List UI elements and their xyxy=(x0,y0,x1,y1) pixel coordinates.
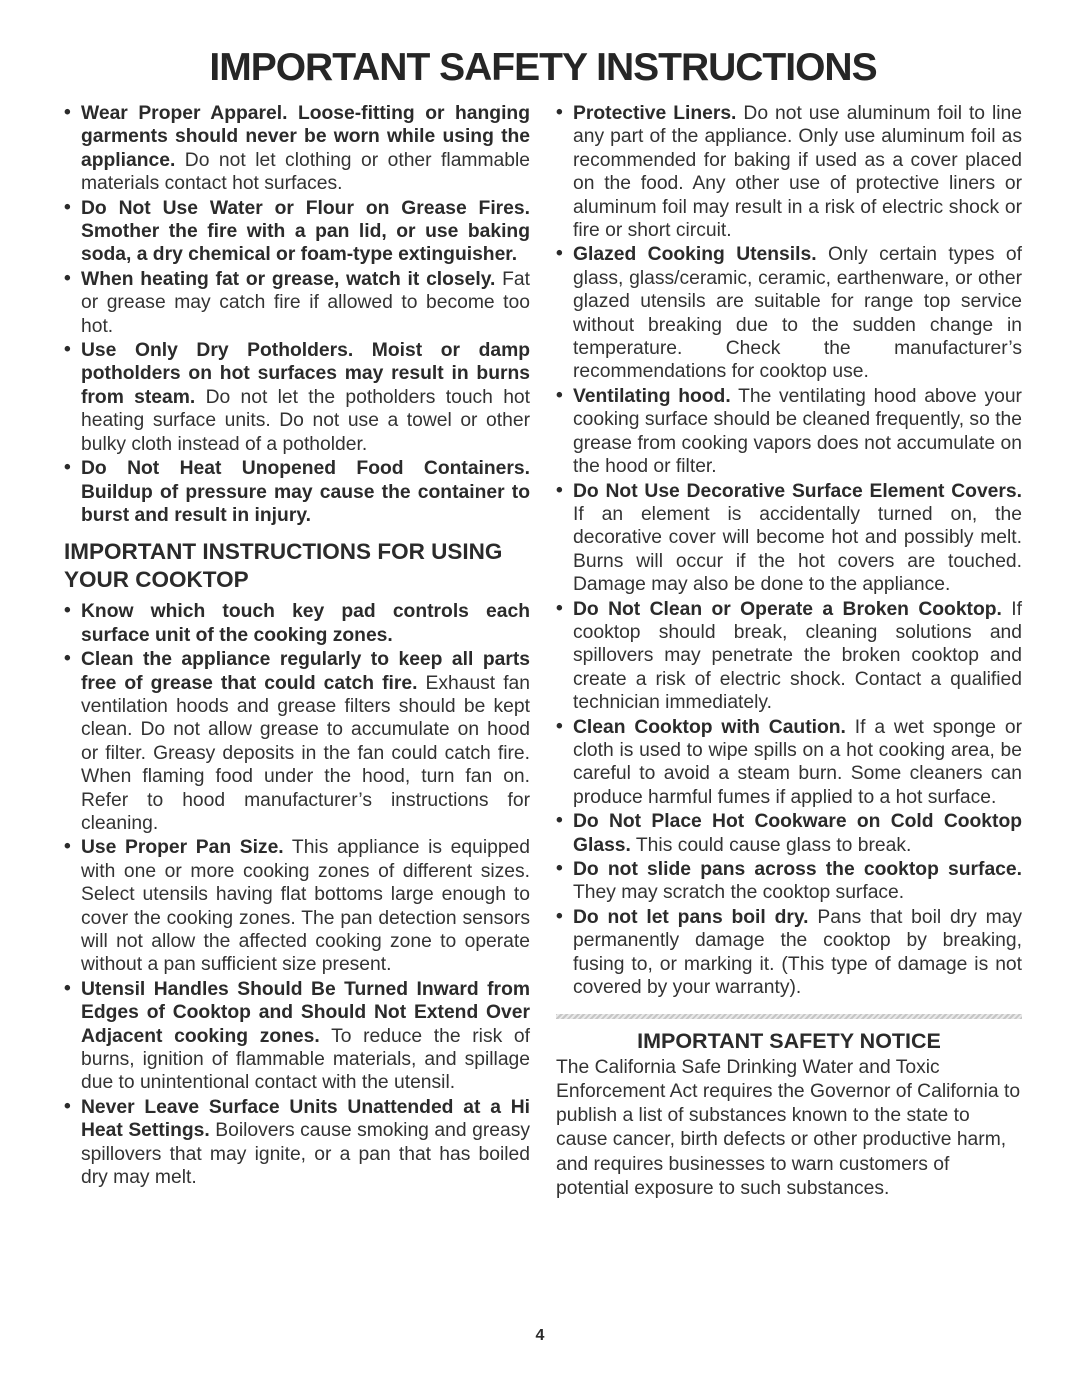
bullet-lead: Do Not Clean or Operate a Broken Cooktop… xyxy=(573,599,1002,620)
bullet-lead: Do not let pans boil dry. xyxy=(573,907,809,928)
list-item: Do not slide pans across the cooktop sur… xyxy=(556,858,1022,905)
safety-bullet-list-top: Wear Proper Apparel. Loose-fitting or ha… xyxy=(64,102,530,527)
list-item: Do Not Place Hot Cookware on Cold Cookto… xyxy=(556,810,1022,857)
list-item: Ventilating hood. The ventilating hood a… xyxy=(556,385,1022,479)
section-divider xyxy=(556,1014,1022,1019)
page-title: IMPORTANT SAFETY INSTRUCTIONS xyxy=(64,46,1022,90)
bullet-lead: Use Proper Pan Size. xyxy=(81,837,284,858)
bullet-text: If an element is accidentally turned on,… xyxy=(573,504,1022,595)
list-item: Do Not Use Water or Flour on Grease Fire… xyxy=(64,197,530,267)
left-column: Wear Proper Apparel. Loose-fitting or ha… xyxy=(64,102,530,1201)
list-item: Wear Proper Apparel. Loose-fitting or ha… xyxy=(64,102,530,196)
notice-heading: IMPORTANT SAFETY NOTICE xyxy=(556,1030,1022,1053)
list-item: Utensil Handles Should Be Turned Inward … xyxy=(64,978,530,1095)
list-item: When heating fat or grease, watch it clo… xyxy=(64,268,530,338)
notice-body: The California Safe Drinking Water and T… xyxy=(556,1056,1022,1201)
list-item: Clean the appliance regularly to keep al… xyxy=(64,648,530,835)
list-item: Use Proper Pan Size. This appliance is e… xyxy=(64,836,530,976)
bullet-lead: Do Not Use Water or Flour on Grease Fire… xyxy=(81,198,530,266)
bullet-text: This could cause glass to break. xyxy=(636,835,911,856)
bullet-lead: When heating fat or grease, watch it clo… xyxy=(81,269,495,290)
right-column: Protective Liners. Do not use aluminum f… xyxy=(556,102,1022,1201)
bullet-text: Exhaust fan ventilation hoods and grease… xyxy=(81,673,530,834)
bullet-lead: Do not slide pans across the cooktop sur… xyxy=(573,859,1022,880)
manual-page: IMPORTANT SAFETY INSTRUCTIONS Wear Prope… xyxy=(0,0,1080,1201)
list-item: Never Leave Surface Units Unattended at … xyxy=(64,1096,530,1190)
list-item: Protective Liners. Do not use aluminum f… xyxy=(556,102,1022,242)
cooktop-bullet-list: Know which touch key pad controls each s… xyxy=(64,600,530,1189)
bullet-lead: Do Not Use Decorative Surface Element Co… xyxy=(573,481,1022,502)
bullet-lead: Know which touch key pad controls each s… xyxy=(81,601,530,645)
list-item: Clean Cooktop with Caution. If a wet spo… xyxy=(556,716,1022,810)
page-number: 4 xyxy=(0,1327,1080,1345)
list-item: Know which touch key pad controls each s… xyxy=(64,600,530,647)
bullet-lead: Protective Liners. xyxy=(573,103,736,124)
bullet-lead: Ventilating hood. xyxy=(573,386,731,407)
list-item: Glazed Cooking Utensils. Only certain ty… xyxy=(556,243,1022,383)
two-column-layout: Wear Proper Apparel. Loose-fitting or ha… xyxy=(64,102,1022,1201)
safety-bullet-list-right: Protective Liners. Do not use aluminum f… xyxy=(556,102,1022,999)
bullet-lead: Glazed Cooking Utensils. xyxy=(573,244,817,265)
list-item: Do Not Clean or Operate a Broken Cooktop… xyxy=(556,598,1022,715)
list-item: Use Only Dry Potholders. Moist or damp p… xyxy=(64,339,530,456)
list-item: Do Not Use Decorative Surface Element Co… xyxy=(556,480,1022,597)
bullet-lead: Do Not Heat Unopened Food Containers. Bu… xyxy=(81,458,530,526)
bullet-text: They may scratch the cooktop surface. xyxy=(573,882,904,903)
list-item: Do not let pans boil dry. Pans that boil… xyxy=(556,906,1022,1000)
list-item: Do Not Heat Unopened Food Containers. Bu… xyxy=(64,457,530,527)
section-heading-cooktop: IMPORTANT INSTRUCTIONS FOR USING YOUR CO… xyxy=(64,538,530,593)
bullet-lead: Clean Cooktop with Caution. xyxy=(573,717,846,738)
